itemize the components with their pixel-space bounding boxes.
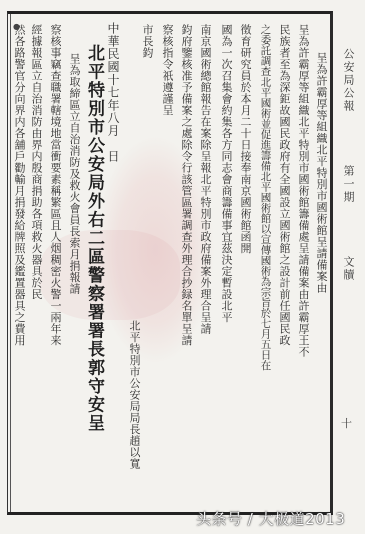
document1-closing: 市長鈞 bbox=[142, 24, 153, 59]
document2-column: 然各路警官分向界内各舖戶勸輸月捐發給牌照及鑑置器具之費用 bbox=[14, 24, 25, 346]
watermark: 头条号 / 大极道2013 bbox=[196, 508, 345, 529]
margin-header: 公安局公報 第一期 文牘 bbox=[340, 48, 356, 282]
document1-column: 之委託調查北平國術並促進籌備北平國術館以宣傳國術為宗旨於七月五日在 bbox=[260, 24, 271, 371]
publication-title: 公安局公報 bbox=[340, 48, 356, 113]
page-number: 十 bbox=[341, 415, 352, 431]
document1-column: 察核指令祇遵謹呈 bbox=[162, 24, 173, 116]
document1-column: 呈為許霸厚等組織北平特別市國術館籌備處呈請備案由許霸厚王不 bbox=[298, 24, 309, 358]
document1-column: 國為一次召集會約集各方同志會商籌備事宜茲決定暫設北平 bbox=[221, 24, 232, 323]
document1-column: 徵育研究員於本月二十日接奉南京國術館函開 bbox=[240, 24, 251, 254]
document2-column: 察核事竊查職署轄境地當衝要素稱繁區且人烟稠密火警一兩年来 bbox=[50, 24, 61, 346]
document1-date: 中華民國十七年八月 日 bbox=[107, 22, 119, 163]
document-page: 公安局公報 第一期 文牘 十 呈為許霸厚等組織北平特別市國術館呈請備案由 呈為許… bbox=[0, 0, 365, 534]
document1-signature: 北平特別市公安局局長趙以寬 bbox=[129, 320, 140, 470]
bullet-mark: ● bbox=[13, 22, 20, 31]
section-label: 文牘 bbox=[340, 256, 356, 282]
document2-title: 北平特別市公安局外右二區警察署署長郭守安呈 bbox=[85, 44, 102, 433]
document2-column: 呈為取締區立自治消防及救火會員長索月捐報請 bbox=[69, 53, 80, 295]
document1-column: 南京國術總館報告在案除呈報北平特別市政府備案外理合呈請 bbox=[200, 24, 211, 335]
document2-column: 經據報區立自治消防由界内殷商捐助各項救火器具於民 bbox=[31, 24, 42, 300]
document1-column: 鈞府鑒核准予備案之處除令行該管區署調查外理合抄録名單呈請 bbox=[181, 24, 192, 346]
issue-number: 第一期 bbox=[340, 165, 356, 204]
document1-column: 民族者至為深鉅故國民政府有全國設立國術館之設計前任國民政 bbox=[279, 24, 290, 346]
inner-border-line bbox=[10, 14, 11, 512]
document1-heading: 呈為許霸厚等組織北平特別市國術館呈請備案由 bbox=[316, 52, 327, 294]
